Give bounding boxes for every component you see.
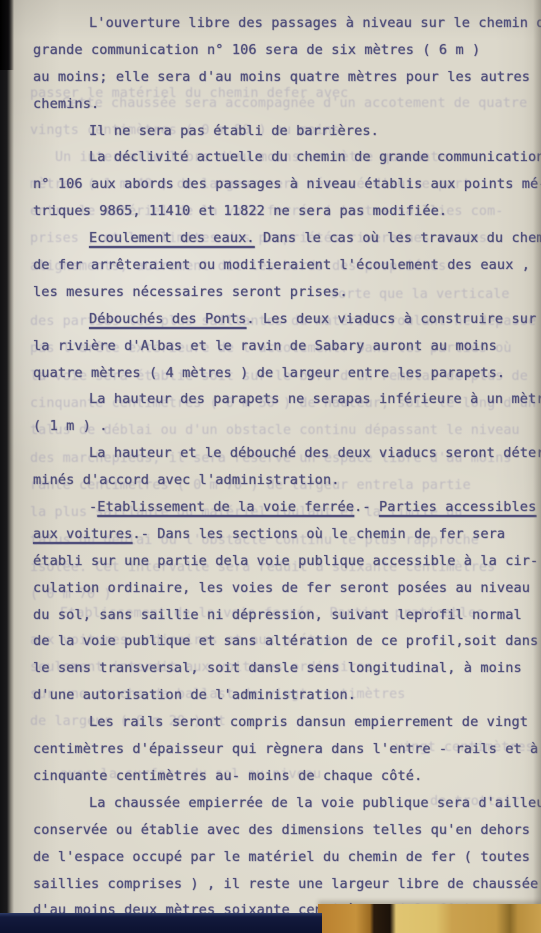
document-line: les mesures nécessaires seront prises. [33, 279, 529, 306]
body-text: centimètres d'épaisseur qui règnera dans… [33, 741, 538, 757]
dark-table-edge [0, 913, 322, 933]
body-text: cinquante centimètres au- moins de chaqu… [33, 768, 422, 784]
document-line: conservée ou établie avec des dimensions… [33, 817, 529, 844]
body-text: conservée ou établie avec des dimensions… [33, 822, 530, 838]
body-text: .- Dans les sections où le chemin de fer… [132, 526, 505, 542]
body-text: la rivière d'Albas et le ravin de Sabary… [33, 338, 497, 354]
body-text: La hauteur et le débouché des deux viadu… [89, 445, 541, 461]
body-text: minés d'accord avec l'administration. [33, 472, 340, 488]
underlined-heading-text: Débouchés des Ponts [89, 311, 246, 327]
scanned-document-photo: passer le matériel du chemin defer avecC… [0, 0, 541, 933]
document-line: n° 106 aux abords des passages à niveau … [33, 171, 529, 198]
document-line: La déclivité actuelle du chemin de grand… [33, 144, 529, 171]
document-line: Débouchés des Ponts. Les deux viaducs à … [33, 306, 529, 333]
document-line: d'une autorisation de l'administration. [33, 682, 529, 709]
document-line: saillies comprises ) , il reste une larg… [33, 871, 529, 898]
body-text: de fer arrêteraient ou modifieraient l'é… [33, 257, 530, 273]
body-text: chemins. [33, 96, 99, 112]
body-text: du sol, sans saillie ni dépression, suiv… [33, 607, 522, 623]
document-line: grande communication n° 106 sera de six … [33, 37, 529, 64]
body-text: .- [354, 499, 379, 515]
document-line: centimètres d'épaisseur qui règnera dans… [33, 736, 529, 763]
document-line: établi sur une partie dela voie publique… [33, 548, 529, 575]
underlined-heading-text: aux voitures [33, 526, 132, 542]
body-text: au moins; elle sera d'au moins quatre mè… [33, 69, 530, 85]
body-text: La hauteur des parapets ne serapas infér… [89, 391, 541, 407]
body-text: grande communication n° 106 sera de six … [33, 42, 480, 58]
document-line: chemins. [33, 91, 529, 118]
document-line: la rivière d'Albas et le ravin de Sabary… [33, 333, 529, 360]
document-line: Ecoulement des eaux. Dans le cas où les … [33, 225, 529, 252]
body-text: ( 1 m ) . [33, 418, 108, 434]
document-line: Il ne sera pas établi de barrières. [33, 118, 529, 145]
document-line: L'ouverture libre des passages à niveau … [33, 10, 529, 37]
document-line: La hauteur des parapets ne serapas infér… [33, 386, 529, 413]
document-line: aux voitures.- Dans les sections où le c… [33, 521, 529, 548]
document-line: ( 1 m ) . [33, 413, 529, 440]
body-text: Les rails seront compris dansun empierre… [89, 714, 528, 730]
body-text: de la voie publique et sans altération d… [33, 633, 538, 649]
underlined-heading-text: Parties accessibles [379, 499, 536, 515]
typewritten-text-block: L'ouverture libre des passages à niveau … [33, 10, 529, 924]
document-line: cinquante centimètres au- moins de chaqu… [33, 763, 529, 790]
body-text: le sens transversal, soit dansle sens lo… [33, 660, 522, 676]
document-line: quatre mètres ( 4 mètres ) de largeur en… [33, 360, 529, 387]
document-line: triques 9865, 11410 et 11822 ne sera pas… [33, 198, 529, 225]
body-text: de l'espace occupé par le matériel du ch… [33, 849, 530, 865]
body-text: les mesures nécessaires seront prises. [33, 284, 348, 300]
underlined-heading-text: Ecoulement des eaux. [89, 230, 255, 246]
body-text: Dans le cas où les travaux du chemin [255, 230, 541, 246]
body-text: quatre mètres ( 4 mètres ) de largeur en… [33, 365, 505, 381]
paper-edge-shadow-right [533, 0, 541, 933]
photo-dark-edge-left [0, 0, 14, 933]
body-text: La chaussée empierrée de la voie publiqu… [89, 795, 541, 811]
document-line: du sol, sans saillie ni dépression, suiv… [33, 602, 529, 629]
body-text: . Les deux viaducs à construire sur [246, 311, 536, 327]
wooden-table-surface [318, 904, 541, 933]
document-line: culation ordinaire, les voies de fer ser… [33, 575, 529, 602]
body-text: La déclivité actuelle du chemin de grand… [89, 149, 541, 165]
body-text: n° 106 aux abords des passages à niveau … [33, 176, 541, 192]
document-line: le sens transversal, soit dansle sens lo… [33, 655, 529, 682]
document-line: minés d'accord avec l'administration. [33, 467, 529, 494]
document-line: Les rails seront compris dansun empierre… [33, 709, 529, 736]
document-line: au moins; elle sera d'au moins quatre mè… [33, 64, 529, 91]
document-line: de la voie publique et sans altération d… [33, 628, 529, 655]
underlined-heading-text: Etablissement de la voie ferrée [97, 499, 354, 515]
document-line: de fer arrêteraient ou modifieraient l'é… [33, 252, 529, 279]
body-text: d'une autorisation de l'administration. [33, 687, 356, 703]
body-text: établi sur une partie dela voie publique… [33, 553, 538, 569]
body-text: Il ne sera pas établi de barrières. [89, 123, 379, 139]
document-line: La hauteur et le débouché des deux viadu… [33, 440, 529, 467]
document-line: de l'espace occupé par le matériel du ch… [33, 844, 529, 871]
body-text: triques 9865, 11410 et 11822 ne sera pas… [33, 203, 447, 219]
body-text: L'ouverture libre des passages à niveau … [89, 15, 541, 31]
body-text: culation ordinaire, les voies de fer ser… [33, 580, 530, 596]
document-line: La chaussée empierrée de la voie publiqu… [33, 790, 529, 817]
body-text: saillies comprises ) , il reste une larg… [33, 876, 538, 892]
document-line: -Etablissement de la voie ferrée.- Parti… [33, 494, 529, 521]
